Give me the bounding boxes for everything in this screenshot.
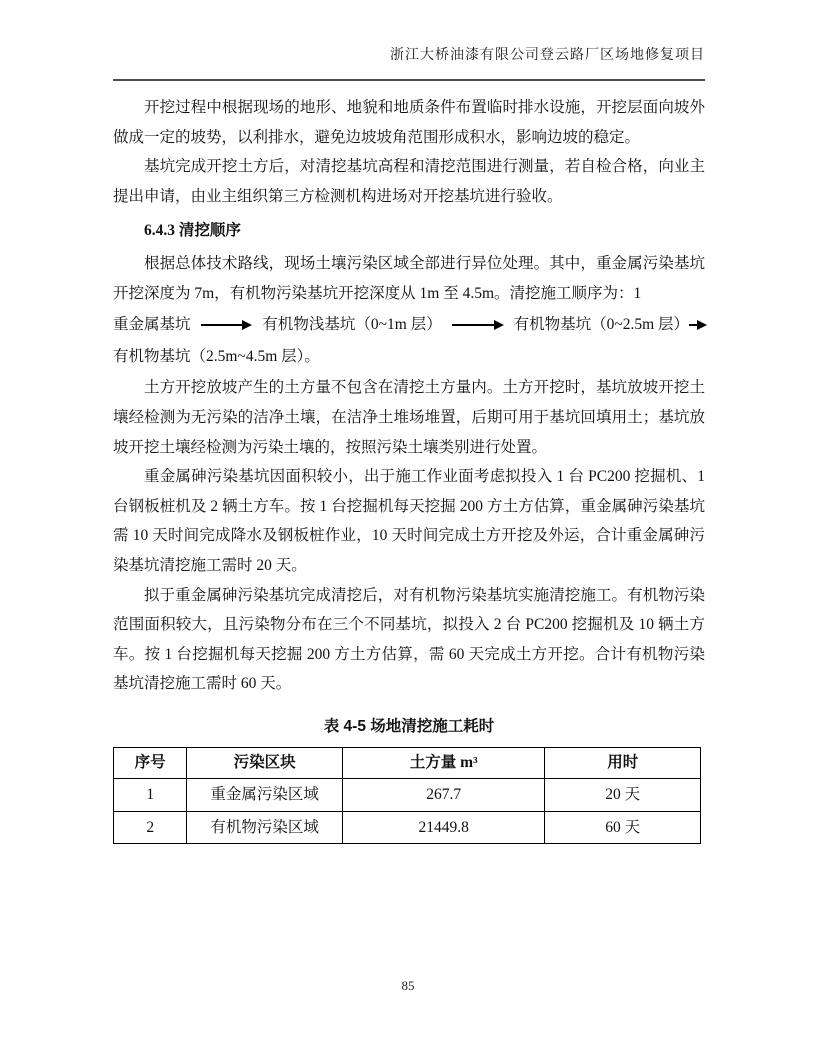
cell-block: 重金属污染区域 [187, 779, 343, 812]
cell-duration: 60 天 [545, 811, 701, 844]
excavation-sequence-flow: 重金属基坑 有机物浅基坑（0~1m 层） 有机物基坑（0~2.5m 层） [113, 310, 705, 340]
paragraph-excavation-drainage: 开挖过程中根据现场的地形、地貌和地质条件布置临时排水设施，开挖层面向坡外做成一定… [113, 93, 705, 152]
arrow-right-icon [452, 324, 502, 326]
column-header-earthwork-volume: 土方量 m³ [342, 748, 545, 779]
page-header-title: 浙江大桥油漆有限公司登云路厂区场地修复项目 [390, 44, 705, 64]
arrow-right-icon [201, 324, 251, 326]
table-row: 1 重金属污染区域 267.7 20 天 [114, 779, 701, 812]
document-body: 开挖过程中根据现场的地形、地貌和地质条件布置临时排水设施，开挖层面向坡外做成一定… [113, 93, 705, 844]
table-header-row: 序号 污染区块 土方量 m³ 用时 [114, 748, 701, 779]
cell-volume: 267.7 [342, 779, 545, 812]
flow-node-organic-pit-0-2-5m: 有机物基坑（0~2.5m 层） [514, 310, 689, 340]
paragraph-organic-schedule: 拟于重金属砷污染基坑完成清挖后，对有机物污染基坑实施清挖施工。有机物污染范围面积… [113, 581, 705, 699]
flow-node-organic-shallow-pit: 有机物浅基坑（0~1m 层） [262, 310, 441, 340]
flow-node-organic-pit-2-5-4-5m: 有机物基坑（2.5m~4.5m 层）。 [113, 342, 705, 372]
cell-index: 2 [114, 811, 187, 844]
cell-block: 有机物污染区域 [187, 811, 343, 844]
paragraph-excavation-order: 根据总体技术路线，现场土壤污染区域全部进行异位处理。其中，重金属污染基坑开挖深度… [113, 249, 705, 308]
arrow-right-icon [689, 324, 705, 326]
document-page: 浙江大桥油漆有限公司登云路厂区场地修复项目 开挖过程中根据现场的地形、地貌和地质… [0, 0, 816, 1056]
column-header-polluted-block: 污染区块 [187, 748, 343, 779]
cell-volume: 21449.8 [342, 811, 545, 844]
section-heading-6-4-3: 6.4.3 清挖顺序 [113, 216, 705, 246]
flow-node-heavy-metal-pit: 重金属基坑 [113, 310, 191, 340]
column-header-index: 序号 [114, 748, 187, 779]
cell-index: 1 [114, 779, 187, 812]
column-header-duration: 用时 [545, 748, 701, 779]
paragraph-pit-acceptance: 基坑完成开挖土方后，对清挖基坑高程和清挖范围进行测量，若自检合格，向业主提出申请… [113, 152, 705, 211]
table-row: 2 有机物污染区域 21449.8 60 天 [114, 811, 701, 844]
page-number: 85 [0, 978, 816, 994]
paragraph-heavy-metal-schedule: 重金属砷污染基坑因面积较小，出于施工作业面考虑拟投入 1 台 PC200 挖掘机… [113, 462, 705, 580]
table-caption: 表 4-5 场地清挖施工耗时 [113, 712, 705, 742]
cell-duration: 20 天 [545, 779, 701, 812]
paragraph-slope-soil-handling: 土方开挖放坡产生的土方量不包含在清挖土方量内。土方开挖时，基坑放坡开挖土壤经检测… [113, 373, 705, 462]
header-divider [113, 79, 705, 81]
excavation-time-table: 序号 污染区块 土方量 m³ 用时 1 重金属污染区域 267.7 20 天 2… [113, 747, 701, 844]
